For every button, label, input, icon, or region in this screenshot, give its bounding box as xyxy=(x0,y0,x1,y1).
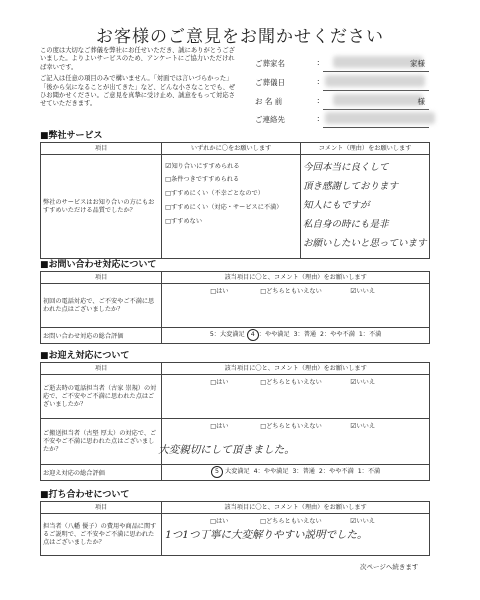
section-heading-inquiry: ■お問い合わせ対応について xyxy=(40,257,156,270)
service-question: 弊社のサービスはお知り合いの方にもおすすめいただける品質でしたか？ xyxy=(41,196,161,218)
pickup-q2-yes[interactable]: □はい xyxy=(210,421,260,430)
service-comment[interactable]: 今回本当に良くして 頂き感謝しております 知人にもですが 私自身の時にも是非 お… xyxy=(300,155,429,259)
service-table: 項目 いずれかに〇をお願いします コメント（理由）をお願いします 弊社のサービス… xyxy=(40,142,430,259)
redacted-value xyxy=(333,94,423,106)
pickup-question-1: ご逝去時の電話担当者（古家 崇規）の対応で、ご不安やご不満に思われた点はございま… xyxy=(41,382,161,412)
pickup-q1-no[interactable]: ☑いいえ xyxy=(350,377,375,386)
meeting-table: 項目 該当項目に〇と、コメント（理由）をお願いします 担当者（八幡 優子）の費用… xyxy=(40,501,430,556)
pickup-q1-neutral[interactable]: □どちらともいえない xyxy=(260,377,350,386)
intro-text: この度は大切なご葬儀を弊社にお任せいただき、誠にありがとうございました。よりよい… xyxy=(40,47,240,112)
pickup-comment[interactable]: 大変親切にして頂きました。 xyxy=(158,442,429,457)
inquiry-rating-scale[interactable]: 5：大変満足 4：やや満足 3：普通 2：やや不満 1：不満 xyxy=(162,328,430,344)
option-conditional[interactable]: □条件つきですすめられる xyxy=(162,173,300,187)
rating-selected: 4 xyxy=(247,329,259,341)
pickup-table: 項目 該当項目に〇と、コメント（理由）をお願いします ご逝去時の電話担当者（古家… xyxy=(40,362,430,481)
meeting-question: 担当者（八幡 優子）の費用や商品に関するご説明で、ご不安やご不満に思われた点はご… xyxy=(41,520,161,550)
intro-paragraph-1: この度は大切なご葬儀を弊社にお任せいただき、誠にありがとうございました。よりよい… xyxy=(40,47,240,72)
footer-continue-note: 次ページへ続きます xyxy=(360,562,418,571)
field-funeral-date[interactable]: ご葬儀日 : xyxy=(255,75,425,89)
inquiry-rating-label: お問い合わせ対応の総合評価 xyxy=(41,328,162,344)
inquiry-yes[interactable]: □はい xyxy=(210,286,260,295)
redacted-value xyxy=(325,75,425,87)
section-heading-pickup: ■お迎え対応について xyxy=(40,348,129,361)
meeting-no[interactable]: ☑いいえ xyxy=(350,516,375,525)
pickup-q2-neutral[interactable]: □どちらともいえない xyxy=(260,421,350,430)
meeting-comment[interactable]: 1つ1つ丁寧に大変解りやすい説明でした。 xyxy=(162,527,429,542)
field-name[interactable]: お 名 前 : 様 xyxy=(255,94,425,108)
inquiry-no[interactable]: ☑いいえ xyxy=(350,286,375,295)
option-not-recommend[interactable]: □すすめない xyxy=(162,215,300,229)
inquiry-table: 項目 該当項目に〇と、コメント（理由）をお願いします 初回の電話対応で、ご不安や… xyxy=(40,271,430,344)
option-hard-misfortune[interactable]: □すすめにくい（不幸ごとなので） xyxy=(162,187,300,201)
pickup-rating-scale[interactable]: 5 大変満足 4：やや満足 3：普通 2：やや不満 1：不満 xyxy=(162,465,430,481)
meeting-yes[interactable]: □はい xyxy=(210,516,260,525)
pickup-q1-yes[interactable]: □はい xyxy=(210,377,260,386)
section-heading-meeting: ■打ち合わせについて xyxy=(40,487,129,500)
page-title: お客様のご意見をお聞かせください xyxy=(0,22,480,47)
rating-selected: 5 xyxy=(211,466,223,478)
option-recommend[interactable]: ☑知り合いにすすめられる xyxy=(162,159,300,173)
inquiry-neutral[interactable]: □どちらともいえない xyxy=(260,286,350,295)
field-contact[interactable]: ご連絡先 : xyxy=(255,112,425,126)
pickup-question-2: ご搬送担当者（古堅 厚太）の対応で、ご不安やご不満に思われた点はございましたか？ xyxy=(41,427,161,457)
pickup-rating-label: お迎え対応の総合評価 xyxy=(41,465,162,481)
field-family-name[interactable]: ご葬家名 : 家様 xyxy=(255,56,425,70)
pickup-q2-no[interactable]: ☑いいえ xyxy=(350,421,375,430)
meeting-neutral[interactable]: □どちらともいえない xyxy=(260,516,350,525)
intro-paragraph-2: ご記入は任意の項目のみで構いません。「対面では言いづらかった」「後から気になるこ… xyxy=(40,75,240,109)
inquiry-question: 初回の電話対応で、ご不安やご不満に思われた点はございましたか？ xyxy=(41,295,161,317)
redacted-value xyxy=(325,112,435,124)
section-heading-service: ■弊社サービス xyxy=(40,128,103,141)
option-hard-dissatisfied[interactable]: □すすめにくい（対応・サービスに不満） xyxy=(162,201,300,215)
